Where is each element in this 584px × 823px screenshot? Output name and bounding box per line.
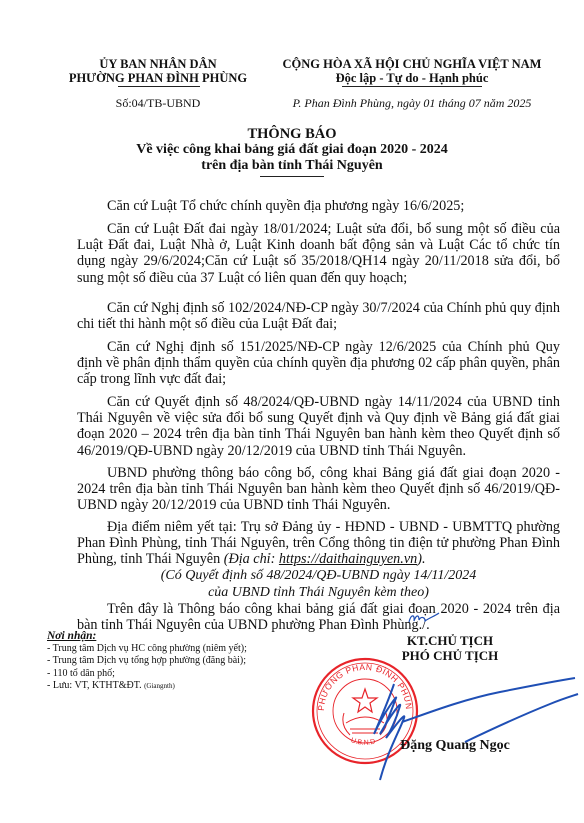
attachment-line-1: (Có Quyết định số 48/2024/QĐ-UBND ngày 1…	[77, 568, 560, 585]
author-note: (Giangnth)	[144, 682, 175, 690]
nation-motto: Độc lập - Tự do - Hạnh phúc	[262, 71, 562, 85]
document-number: Số:04/TB-UBND	[58, 96, 258, 111]
document-title: THÔNG BÁO	[0, 126, 584, 143]
title-underline	[260, 176, 324, 177]
paragraph-4: Căn cứ Nghị định số 151/2025/NĐ-CP ngày …	[77, 339, 560, 388]
recipients-block: Nơi nhận: - Trung tâm Dịch vụ HC công ph…	[47, 630, 247, 693]
org-line-2: PHƯỜNG PHAN ĐÌNH PHÙNG	[58, 71, 258, 85]
paragraph-text: UBND phường thông báo công bố, công khai…	[77, 465, 560, 514]
org-underline	[118, 86, 200, 87]
paragraph-text: Căn cứ Nghị định số 151/2025/NĐ-CP ngày …	[77, 339, 560, 388]
signature-line-1: KT.CHỦ TỊCH	[350, 633, 550, 648]
paragraph-6: UBND phường thông báo công bố, công khai…	[77, 465, 560, 514]
motto-underline	[342, 86, 482, 87]
org-line-1: ỦY BAN NHÂN DÂN	[58, 57, 258, 71]
national-header: CỘNG HÒA XÃ HỘI CHỦ NGHĨA VIỆT NAM Độc l…	[262, 57, 562, 85]
document-subject-line-2: trên địa bàn tỉnh Thái Nguyên	[0, 158, 584, 174]
paragraph-text: Căn cứ Nghị định số 102/2024/NĐ-CP ngày …	[77, 300, 560, 332]
recipient-item: - Trung tâm Dịch vụ HC công phường (niêm…	[47, 643, 247, 656]
closing-paragraph: Trên đây là Thông báo công khai bảng giá…	[77, 601, 560, 633]
recipient-item: - Trung tâm Dịch vụ tổng hợp phường (đăn…	[47, 655, 247, 668]
website-link[interactable]: https://daithainguyen.vn	[279, 551, 417, 567]
paragraph-1: Căn cứ Luật Tổ chức chính quyền địa phươ…	[77, 198, 560, 214]
address-end: ).	[417, 551, 425, 567]
recipient-item: - Lưu: VT, KTHT&ĐT. (Giangnth)	[47, 680, 247, 693]
paragraph-7: Địa điểm niêm yết tại: Trụ sở Đảng ủy - …	[77, 519, 560, 568]
paragraph-text: Căn cứ Luật Tổ chức chính quyền địa phươ…	[77, 198, 560, 214]
signature-line-2: PHÓ CHỦ TỊCH	[350, 648, 550, 663]
paragraph-text: Căn cứ Luật Đất đai ngày 18/01/2024; Luậ…	[77, 221, 560, 286]
nation-line-1: CỘNG HÒA XÃ HỘI CHỦ NGHĨA VIỆT NAM	[262, 57, 562, 71]
recipient-item: - 110 tổ dân phố;	[47, 668, 247, 681]
place-date: P. Phan Đình Phùng, ngày 01 tháng 07 năm…	[262, 96, 562, 111]
address-label: (Địa chỉ:	[224, 551, 279, 567]
issuing-organization: ỦY BAN NHÂN DÂN PHƯỜNG PHAN ĐÌNH PHÙNG	[58, 57, 258, 85]
paragraph-text: Căn cứ Quyết định số 48/2024/QĐ-UBND ngà…	[77, 394, 560, 459]
recipient-archive: - Lưu: VT, KTHT&ĐT.	[47, 680, 142, 691]
document-subject-line-1: Về việc công khai bảng giá đất giai đoạn…	[0, 142, 584, 158]
attachment-line-2: của UBND tỉnh Thái Nguyên kèm theo)	[77, 585, 560, 602]
initial-signature-icon	[407, 612, 441, 626]
recipients-title: Nơi nhận:	[47, 630, 247, 643]
paragraph-3: Căn cứ Nghị định số 102/2024/NĐ-CP ngày …	[77, 300, 560, 332]
paragraph-5: Căn cứ Quyết định số 48/2024/QĐ-UBND ngà…	[77, 394, 560, 459]
paragraph-2: Căn cứ Luật Đất đai ngày 18/01/2024; Luậ…	[77, 221, 560, 286]
paragraph-text: Trên đây là Thông báo công khai bảng giá…	[77, 601, 560, 633]
attachment-note: (Có Quyết định số 48/2024/QĐ-UBND ngày 1…	[77, 568, 560, 601]
handwritten-signature-icon	[350, 672, 580, 782]
signature-title: KT.CHỦ TỊCH PHÓ CHỦ TỊCH	[350, 633, 550, 663]
signer-name: Đặng Quang Ngọc	[355, 738, 555, 754]
